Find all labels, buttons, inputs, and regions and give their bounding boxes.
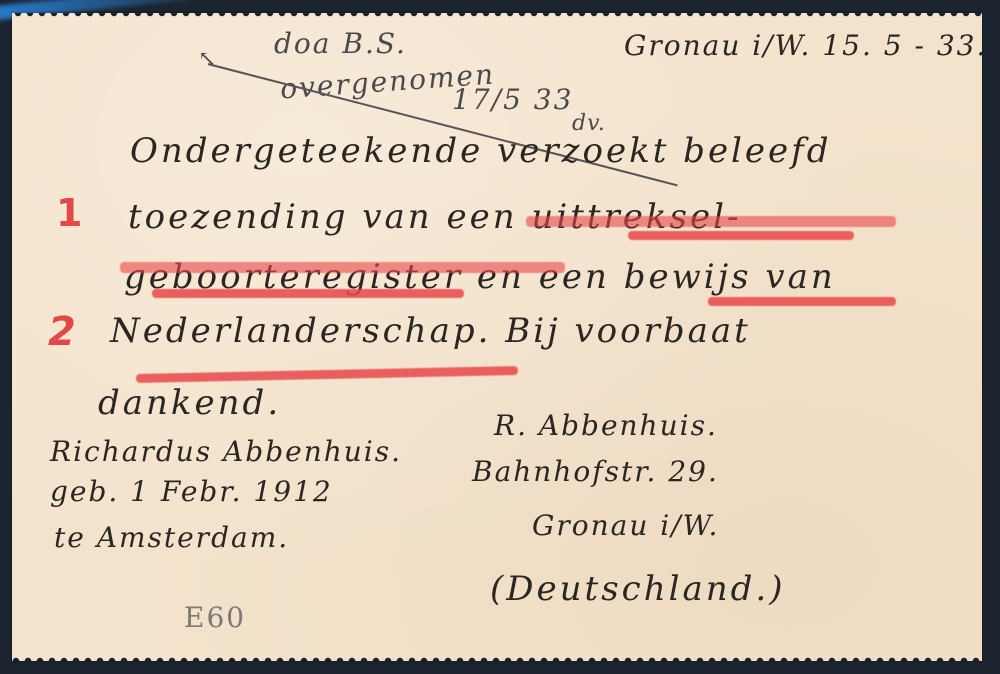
perforated-edge-bottom: [12, 655, 982, 661]
red-underline-nederlanderschap: [136, 366, 518, 383]
place-date: Gronau i/W. 15. 5 - 33.: [624, 29, 987, 62]
body-line-5: dankend.: [98, 383, 281, 423]
body-line-1: Ondergeteekende verzoekt beleefd: [130, 131, 832, 171]
red-underline-bewijs: [708, 297, 896, 306]
sender-country: (Deutschland.): [490, 569, 785, 609]
pencil-annotation-doa: doa B.S.: [274, 27, 407, 60]
arrow-left-icon: ↖: [198, 47, 217, 72]
sender-name: R. Abbenhuis.: [494, 409, 718, 442]
red-strike-geboorteregister: [120, 262, 565, 273]
postcard: doa B.S. overgenomen 17/5 33 dv. ↖ Grona…: [12, 13, 982, 661]
catalog-note: E60: [184, 601, 246, 634]
birth-info-place: te Amsterdam.: [54, 521, 289, 554]
red-underline-geboorteregister: [152, 289, 464, 298]
red-underline-uittreksel: [628, 231, 854, 240]
margin-mark-2: 2: [48, 309, 76, 355]
sender-street: Bahnhofstr. 29.: [472, 455, 719, 488]
perforated-edge-top: [12, 13, 982, 19]
red-strike-uittreksel: [526, 216, 896, 227]
margin-mark-1: 1: [56, 191, 82, 235]
birth-info-name: Richardus Abbenhuis.: [50, 435, 402, 468]
pencil-annotation-date: 17/5 33: [452, 83, 573, 116]
sender-city: Gronau i/W.: [532, 509, 719, 542]
birth-info-date: geb. 1 Febr. 1912: [50, 475, 333, 508]
body-line-4: Nederlanderschap. Bij voorbaat: [110, 311, 751, 351]
